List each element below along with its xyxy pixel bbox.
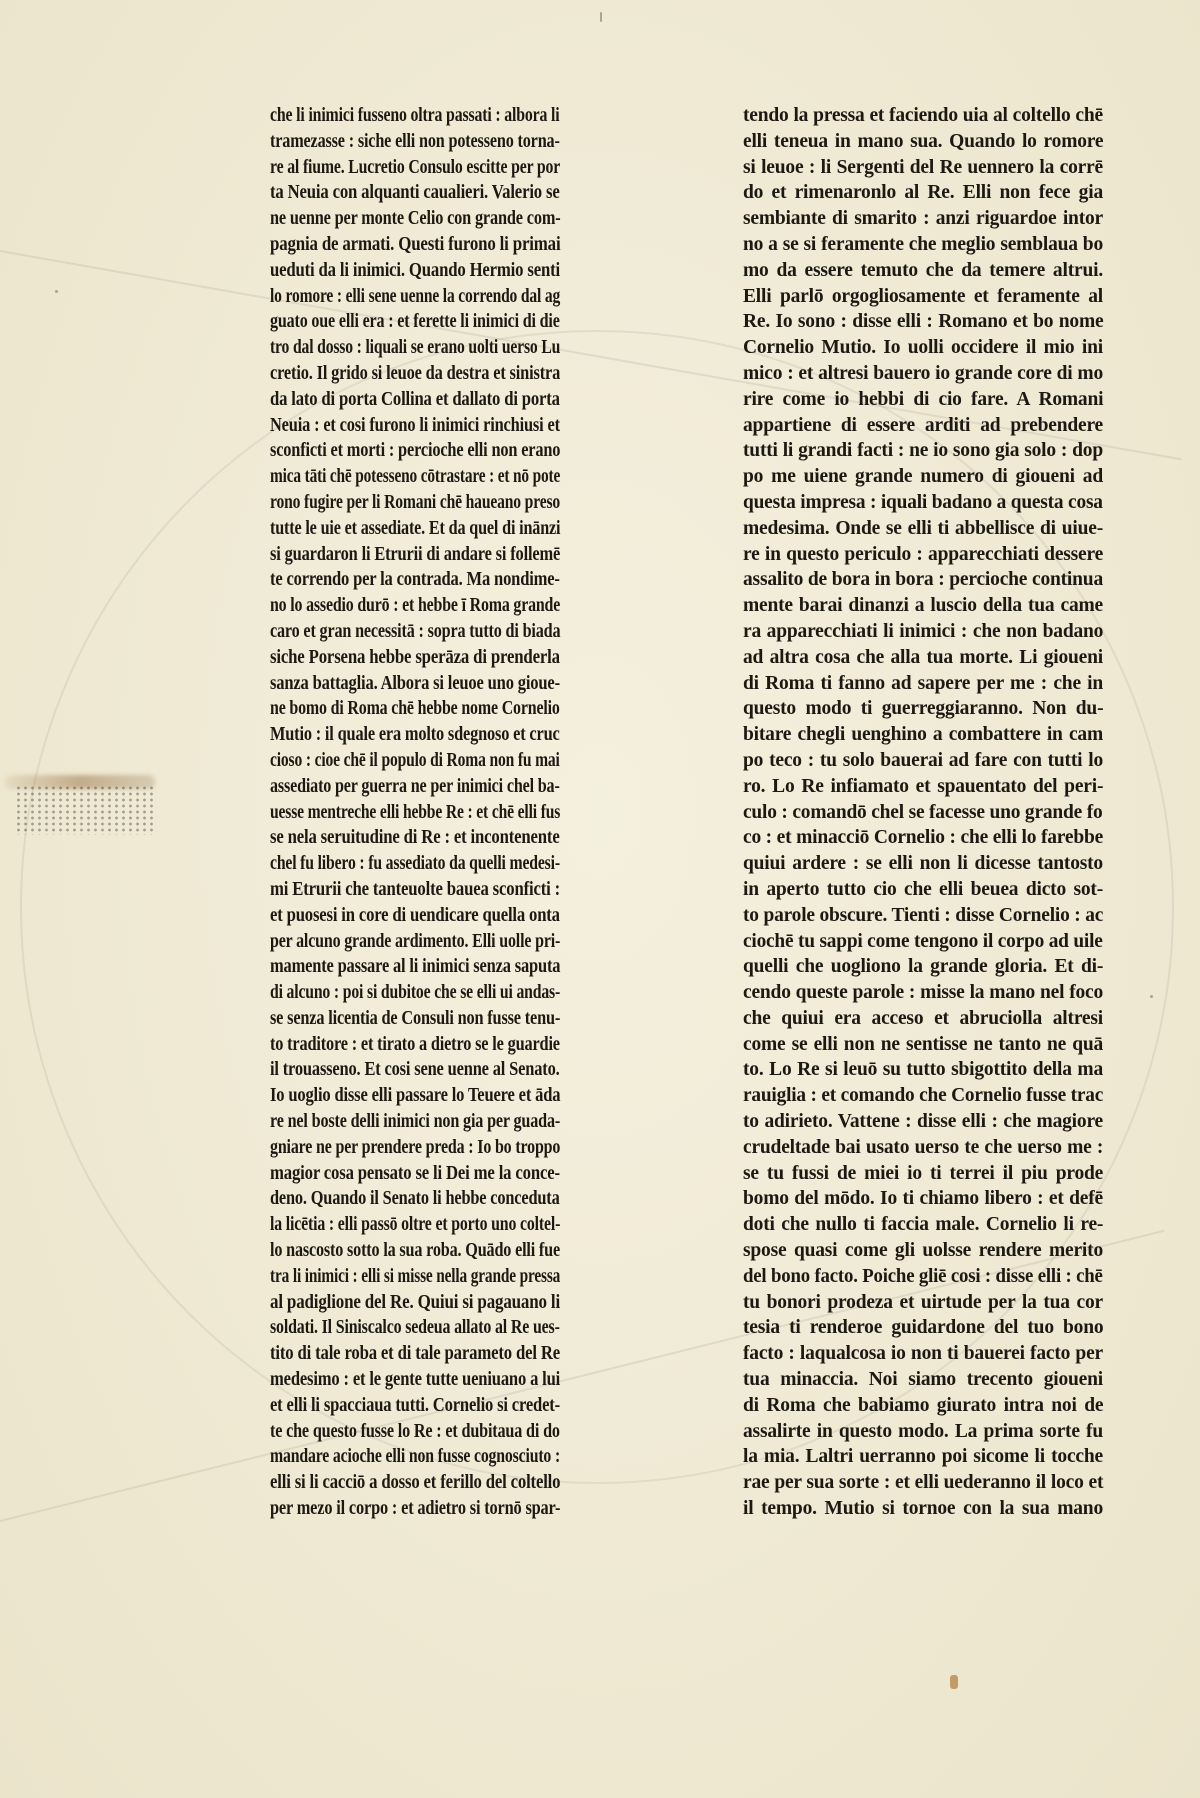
text-line: tesia ti renderoe guidardone del tuo bon… — [743, 1315, 1103, 1341]
text-line: di alcuno : poi si dubitoe che se elli u… — [270, 980, 504, 1006]
text-line: quiui ardere : se elli non li dicesse ta… — [743, 851, 1103, 877]
text-line: cendo queste parole : misse la mano nel … — [743, 980, 1103, 1006]
text-line: la licētia : elli passō oltre et porto u… — [270, 1212, 505, 1238]
text-line: al padiglione del Re. Quiui si pagauano … — [270, 1290, 523, 1316]
text-line: mico : et altresi bauero io grande core … — [743, 361, 1103, 387]
text-line: deno. Quando il Senato li hebbe concedut… — [270, 1186, 513, 1212]
text-line: se nela seruitudine di Re : et incontene… — [270, 825, 519, 851]
text-line: ra apparecchiati li inimici : che non ba… — [743, 619, 1103, 645]
text-line: rae per sua sorte : et elli uederanno il… — [743, 1470, 1103, 1496]
text-line: ad altra cosa che alla tua morte. Li gio… — [743, 645, 1103, 671]
text-line: tito di tale roba et di tale parameto de… — [270, 1341, 519, 1367]
paper-speck — [55, 290, 58, 293]
text-line: lo nascosto sotto la sua roba. Quādo ell… — [270, 1238, 510, 1264]
text-line: siche Porsena hebbe sperāza di prenderla — [270, 645, 520, 671]
text-line: sembiante di smarito : anzi riguardoe in… — [743, 206, 1103, 232]
paper-speck — [600, 12, 602, 22]
text-line: doti che nullo ti faccia male. Cornelio … — [743, 1212, 1103, 1238]
paper-speck — [1150, 995, 1153, 998]
text-line: po me uiene grande numero di gioueni ad — [743, 464, 1103, 490]
text-line: per mezo il corpo : et adietro si tornō … — [270, 1496, 513, 1522]
text-line: magior cosa pensato se li Dei me la conc… — [270, 1161, 519, 1187]
text-line: mandare acioche elli non fusse cognosciu… — [270, 1444, 505, 1470]
text-line: mente barai dinanzi a luscio della tua c… — [743, 593, 1103, 619]
text-line: et puosesi in core di uendicare quella o… — [270, 903, 518, 929]
text-line: se senza licentia de Consuli non fusse t… — [270, 1006, 512, 1032]
text-line: in aperto tutto cio che elli beuea dicto… — [743, 877, 1103, 903]
text-line: cretio. Il grido si leuoe da destra et s… — [270, 361, 514, 387]
text-line: chel fu libero : fu assediato da quelli … — [270, 851, 504, 877]
text-line: bomo del mōdo. Io ti chiamo libero : et … — [743, 1186, 1103, 1212]
text-line: tendo la pressa et faciendo uia al colte… — [743, 103, 1103, 129]
text-line: to. Lo Re si leuō su tutto sbigottito de… — [743, 1057, 1103, 1083]
text-line: rono fugire per li Romani chē haueano pr… — [270, 490, 502, 516]
text-line: ciochē tu sappi come tengono il corpo ad… — [743, 929, 1100, 955]
text-line: re in questo periculo : apparecchiati de… — [743, 542, 1103, 568]
text-line: la mia. Laltri uerranno poi sicome li to… — [743, 1444, 1103, 1470]
text-line: facto : laqualcosa io non ti bauerei fac… — [743, 1341, 1103, 1367]
text-line: Io uoglio disse elli passare lo Teuere e… — [270, 1083, 516, 1109]
text-line: di Roma ti fanno ad sapere per me : che … — [743, 671, 1103, 697]
text-line: assediato per guerra ne per inimici chel… — [270, 774, 510, 800]
text-line: no a se si feramente che meglio semblaua… — [743, 232, 1103, 258]
text-line: mo da essere temuto che da temere altrui… — [743, 258, 1103, 284]
text-line: to parole obscure. Tienti : disse Cornel… — [743, 903, 1102, 929]
text-line: re al fiume. Lucretio Consulo escitte pe… — [270, 155, 505, 181]
text-line: mamente passare al li inimici senza sapu… — [270, 954, 514, 980]
text-line: ne bomo di Roma chē hebbe nome Cornelio — [270, 696, 507, 722]
text-line: il trouasseno. Et cosi sene uenne al Sen… — [270, 1057, 514, 1083]
text-line: po teco : tu solo bauerai ad fare con tu… — [743, 748, 1103, 774]
text-line: si guardaron li Etrurii di andare si fol… — [270, 542, 514, 568]
text-line: et elli li spacciaua tutti. Cornelio si … — [270, 1393, 517, 1419]
text-line: spose quasi come gli uolsse rendere meri… — [743, 1238, 1103, 1264]
text-line: per alcuno grande ardimento. Elli uolle … — [270, 929, 508, 955]
text-line: che quiui era acceso et abruciolla altre… — [743, 1006, 1103, 1032]
text-line: Elli parlō orgogliosamente et feramente … — [743, 284, 1103, 310]
text-line: tra li inimici : elli si misse nella gra… — [270, 1264, 499, 1290]
text-line: no lo assedio durō : et hebbe ī Roma gra… — [270, 593, 506, 619]
text-line: te correndo per la contrada. Ma nondime- — [270, 567, 516, 593]
text-line: se tu fussi de miei io ti terrei il piu … — [743, 1161, 1103, 1187]
text-line: Re. Io sono : disse elli : Romano et bo … — [743, 309, 1103, 335]
text-line: medesima. Onde se elli ti abbellisce di … — [743, 516, 1103, 542]
stain-specks — [15, 785, 155, 835]
foxing-spot — [950, 1675, 958, 1689]
text-line: tutti li grandi facti : ne io sono gia s… — [743, 438, 1103, 464]
text-line: elli teneua in mano sua. Quando lo romor… — [743, 129, 1103, 155]
text-line: Neuia : et cosi furono li inimici rinchi… — [270, 413, 514, 439]
text-line: di Roma che babiamo giurato intra noi de — [743, 1393, 1103, 1419]
text-line: ro. Lo Re infiamato et spauentato del pe… — [743, 774, 1103, 800]
text-line: tro dal dosso : liquali se erano uolti u… — [270, 335, 503, 361]
stain-smear — [5, 775, 155, 789]
text-line: bitare chegli uenghino a combattere in c… — [743, 722, 1103, 748]
text-line: uesse mentreche elli hebbe Re : et chē e… — [270, 800, 502, 826]
text-line: tua minaccia. Noi siamo trecento gioueni — [743, 1367, 1103, 1393]
text-line: si leuoe : li Sergenti del Re uennero la… — [743, 155, 1103, 181]
text-line: questa impresa : iquali badano a questa … — [743, 490, 1101, 516]
text-line: mi Etrurii che tanteuolte bauea sconfict… — [270, 877, 519, 903]
text-line: quelli che uogliono la grande gloria. Et… — [743, 954, 1103, 980]
text-line: Mutio : il quale era molto sdegnoso et c… — [270, 722, 513, 748]
text-line: to traditore : et tirato a dietro se le … — [270, 1032, 512, 1058]
text-line: re nel boste delli inimici non gia per g… — [270, 1109, 510, 1135]
text-column-left: che li inimici fusseno oltra passati : a… — [270, 103, 560, 1522]
text-line: assalito de bora in bora : percioche con… — [743, 567, 1103, 593]
text-line: te che questo fusse lo Re : et dubitaua … — [270, 1419, 510, 1445]
text-line: caro et gran necessitā : sopra tutto di … — [270, 619, 510, 645]
text-line: lo romore : elli sene uenne la correndo … — [270, 284, 501, 310]
text-line: do et rimenaronlo al Re. Elli non fece g… — [743, 180, 1103, 206]
text-line: da lato di porta Collina et dallato di p… — [270, 387, 518, 413]
text-line: soldati. Il Siniscalco sedeua allato al … — [270, 1315, 507, 1341]
text-line: culo : comandō chel se facesse uno grand… — [743, 800, 1102, 826]
text-line: ne uenne per monte Celio con grande com- — [270, 206, 512, 232]
text-line: appartiene di essere arditi ad prebender… — [743, 413, 1103, 439]
text-line: ta Neuia con alquanti caualieri. Valerio… — [270, 180, 519, 206]
text-line: elli si li cacciō a dosso et ferillo del… — [270, 1470, 519, 1496]
text-line: il tempo. Mutio si tornoe con la sua man… — [743, 1496, 1103, 1522]
text-line: gniare ne per prendere preda : Io bo tro… — [270, 1135, 508, 1161]
text-line: questo modo ti guerreggiaranno. Non du- — [743, 696, 1103, 722]
text-line: rauiglia : et comando che Cornelio fusse… — [743, 1083, 1100, 1109]
text-line: Cornelio Mutio. Io uolli occidere il mio… — [743, 335, 1103, 361]
text-line: co : et minacciō Cornelio : che elli lo … — [743, 825, 1103, 851]
text-line: del bono facto. Poiche gliē cosi : disse… — [743, 1264, 1090, 1290]
text-line: tramezasse : siche elli non potesseno to… — [270, 129, 511, 155]
text-column-right: tendo la pressa et faciendo uia al colte… — [743, 103, 1103, 1522]
text-line: sconficti et morti : percioche elli non … — [270, 438, 513, 464]
text-line: cioso : cioe chē il populo di Roma non f… — [270, 748, 502, 774]
margin-stain — [5, 765, 165, 845]
text-line: tu bonori prodeza et uirtude per la tua … — [743, 1290, 1103, 1316]
text-line: crudeltade bai usato uerso te che uerso … — [743, 1135, 1103, 1161]
text-line: tutte le uie et assediate. Et da quel di… — [270, 516, 510, 542]
text-line: rire come io hebbi di cio fare. A Romani — [743, 387, 1103, 413]
text-line: che li inimici fusseno oltra passati : a… — [270, 103, 505, 129]
text-line: medesimo : et le gente tutte ueniuano a … — [270, 1367, 517, 1393]
text-line: pagnia de armati. Questi furono li prima… — [270, 232, 521, 258]
text-line: come se elli non ne sentisse ne tanto ne… — [743, 1032, 1103, 1058]
text-line: mica tāti chē potesseno cōtrastare : et … — [270, 464, 499, 490]
text-line: to adirieto. Vattene : disse elli : che … — [743, 1109, 1103, 1135]
text-line: sanza battaglia. Albora si leuoe uno gio… — [270, 671, 516, 697]
text-line: ueduti da li inimici. Quando Hermio sent… — [270, 258, 519, 284]
text-line: assalirte in questo modo. La prima sorte… — [743, 1419, 1103, 1445]
text-line: guato oue elli era : et ferette li inimi… — [270, 309, 509, 335]
manuscript-page: che li inimici fusseno oltra passati : a… — [0, 0, 1200, 1798]
